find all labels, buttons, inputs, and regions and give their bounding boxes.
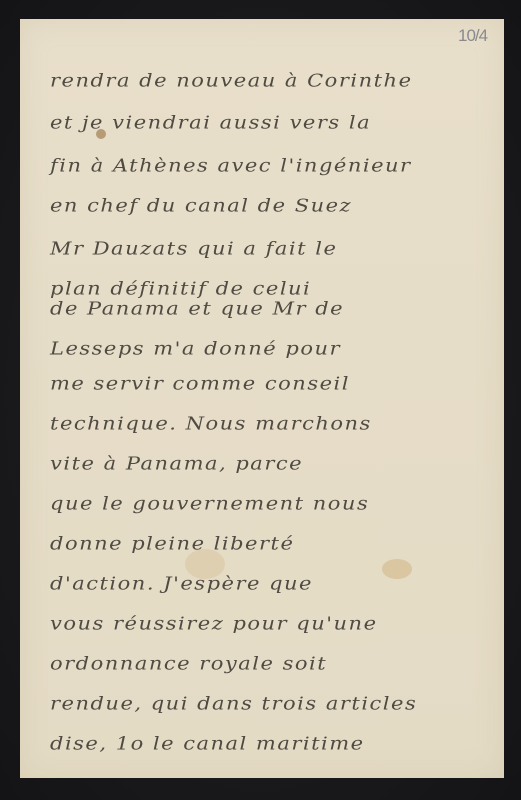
handwritten-line: donne pleine liberté xyxy=(50,535,490,553)
folio-number: 10/4 xyxy=(458,26,487,46)
handwritten-line: plan définitif de celui xyxy=(50,280,490,298)
handwritten-line: Mr Dauzats qui a fait le xyxy=(50,240,490,258)
handwritten-line: technique. Nous marchons xyxy=(50,415,490,433)
handwritten-line: ordonnance royale soit xyxy=(50,655,490,673)
handwritten-line: de Panama et que Mr de xyxy=(50,300,490,318)
handwritten-line: fin à Athènes avec l'ingénieur xyxy=(50,157,490,175)
handwritten-line: me servir comme conseil xyxy=(50,375,490,393)
handwritten-line: vite à Panama, parce xyxy=(50,455,490,473)
handwritten-line: Lesseps m'a donné pour xyxy=(50,340,490,358)
handwritten-line: rendue, qui dans trois articles xyxy=(50,695,490,713)
handwritten-line: rendra de nouveau à Corinthe xyxy=(50,72,490,90)
handwritten-line: d'action. J'espère que xyxy=(50,575,490,593)
handwritten-line: vous réussirez pour qu'une xyxy=(50,615,490,633)
handwritten-line: que le gouvernement nous xyxy=(50,495,490,513)
handwritten-line: dise, 1o le canal maritime xyxy=(50,735,490,753)
handwritten-line: et je viendrai aussi vers la xyxy=(50,114,490,132)
handwritten-line: en chef du canal de Suez xyxy=(50,197,490,215)
